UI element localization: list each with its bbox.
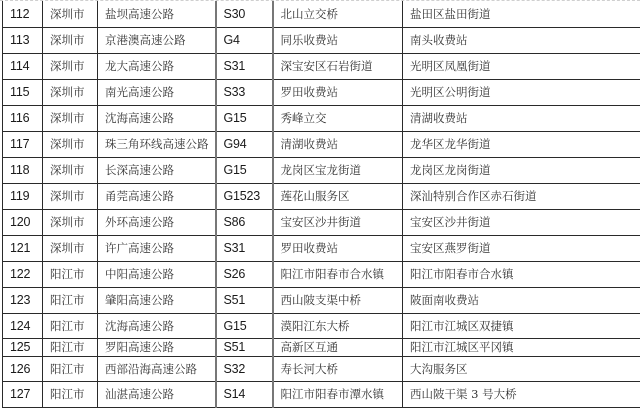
start-point-cell: 阳江市阳春市合水镇 xyxy=(273,261,403,287)
table-row: 122 阳江市 中阳高速公路 S26 阳江市阳春市合水镇 阳江市阳春市合水镇 xyxy=(3,261,640,287)
start-point-cell: 高新区互通 xyxy=(273,338,403,356)
start-point-cell: 莲花山服务区 xyxy=(273,183,403,209)
row-number: 121 xyxy=(3,235,43,261)
city-cell: 阳江市 xyxy=(43,338,98,356)
road-code-cell: S33 xyxy=(216,79,273,105)
city-cell: 深圳市 xyxy=(43,53,98,79)
road-name-cell: 沈海高速公路 xyxy=(98,313,216,338)
row-number: 125 xyxy=(3,338,43,356)
table-row: 116 深圳市 沈海高速公路 G15 秀峰立交 清湖收费站 xyxy=(3,105,640,131)
road-code-cell: S26 xyxy=(216,261,273,287)
table-row: 113 深圳市 京港澳高速公路 G4 同乐收费站 南头收费站 xyxy=(3,27,640,53)
table-row: 125 阳江市 罗阳高速公路 S51 高新区互通 阳江市江城区平冈镇 xyxy=(3,338,640,356)
city-cell: 阳江市 xyxy=(43,356,98,381)
row-number: 123 xyxy=(3,287,43,313)
table-row: 114 深圳市 龙大高速公路 S31 深宝安区石岩街道 光明区凤凰街道 xyxy=(3,53,640,79)
table-row: 112 深圳市 盐坝高速公路 S30 北山立交桥 盐田区盐田街道 xyxy=(3,1,640,27)
road-name-cell: 龙大高速公路 xyxy=(98,53,216,79)
row-number: 122 xyxy=(3,261,43,287)
row-number: 113 xyxy=(3,27,43,53)
end-point-cell: 宝安区沙井街道 xyxy=(403,209,640,235)
end-point-cell: 光明区公明街道 xyxy=(403,79,640,105)
table-row: 115 深圳市 南光高速公路 S33 罗田收费站 光明区公明街道 xyxy=(3,79,640,105)
road-code-cell: S14 xyxy=(216,381,273,407)
road-code-cell: S31 xyxy=(216,235,273,261)
start-point-cell: 同乐收费站 xyxy=(273,27,403,53)
end-point-cell: 清湖收费站 xyxy=(403,105,640,131)
row-number: 116 xyxy=(3,105,43,131)
table-row: 121 深圳市 许广高速公路 S31 罗田收费站 宝安区燕罗街道 xyxy=(3,235,640,261)
city-cell: 深圳市 xyxy=(43,235,98,261)
city-cell: 深圳市 xyxy=(43,131,98,157)
road-name-cell: 珠三角环线高速公路 xyxy=(98,131,216,157)
row-number: 115 xyxy=(3,79,43,105)
end-point-cell: 龙岗区龙岗街道 xyxy=(403,157,640,183)
start-point-cell: 阳江市阳春市潭水镇 xyxy=(273,381,403,407)
end-point-cell: 龙华区龙华街道 xyxy=(403,131,640,157)
road-code-cell: G4 xyxy=(216,27,273,53)
end-point-cell: 盐田区盐田街道 xyxy=(403,1,640,27)
end-point-cell: 宝安区燕罗街道 xyxy=(403,235,640,261)
city-cell: 深圳市 xyxy=(43,27,98,53)
road-code-cell: S31 xyxy=(216,53,273,79)
row-number: 119 xyxy=(3,183,43,209)
city-cell: 深圳市 xyxy=(43,183,98,209)
end-point-cell: 陂面南收费站 xyxy=(403,287,640,313)
city-cell: 阳江市 xyxy=(43,287,98,313)
city-cell: 阳江市 xyxy=(43,261,98,287)
road-code-cell: G1523 xyxy=(216,183,273,209)
table-row: 123 阳江市 肇阳高速公路 S51 西山陂支渠中桥 陂面南收费站 xyxy=(3,287,640,313)
table-row: 126 阳江市 西部沿海高速公路 S32 寿长河大桥 大沟服务区 xyxy=(3,356,640,381)
table-row: 127 阳江市 汕湛高速公路 S14 阳江市阳春市潭水镇 西山陂干渠 3 号大桥 xyxy=(3,381,640,407)
table-row: 119 深圳市 甬莞高速公路 G1523 莲花山服务区 深汕特别合作区赤石街道 xyxy=(3,183,640,209)
table-row: 120 深圳市 外环高速公路 S86 宝安区沙井街道 宝安区沙井街道 xyxy=(3,209,640,235)
end-point-cell: 光明区凤凰街道 xyxy=(403,53,640,79)
row-number: 114 xyxy=(3,53,43,79)
road-name-cell: 罗阳高速公路 xyxy=(98,338,216,356)
road-name-cell: 南光高速公路 xyxy=(98,79,216,105)
start-point-cell: 北山立交桥 xyxy=(273,1,403,27)
start-point-cell: 秀峰立交 xyxy=(273,105,403,131)
table-row: 117 深圳市 珠三角环线高速公路 G94 清湖收费站 龙华区龙华街道 xyxy=(3,131,640,157)
road-name-cell: 京港澳高速公路 xyxy=(98,27,216,53)
road-code-cell: S30 xyxy=(216,1,273,27)
road-code-cell: S51 xyxy=(216,287,273,313)
city-cell: 深圳市 xyxy=(43,105,98,131)
road-code-cell: G15 xyxy=(216,157,273,183)
end-point-cell: 阳江市江城区双捷镇 xyxy=(403,313,640,338)
start-point-cell: 罗田收费站 xyxy=(273,235,403,261)
start-point-cell: 罗田收费站 xyxy=(273,79,403,105)
row-number: 112 xyxy=(3,1,43,27)
start-point-cell: 寿长河大桥 xyxy=(273,356,403,381)
road-name-cell: 甬莞高速公路 xyxy=(98,183,216,209)
road-name-cell: 沈海高速公路 xyxy=(98,105,216,131)
road-name-cell: 肇阳高速公路 xyxy=(98,287,216,313)
road-code-cell: G94 xyxy=(216,131,273,157)
road-code-cell: G15 xyxy=(216,105,273,131)
city-cell: 阳江市 xyxy=(43,313,98,338)
start-point-cell: 龙岗区宝龙街道 xyxy=(273,157,403,183)
road-name-cell: 西部沿海高速公路 xyxy=(98,356,216,381)
row-number: 127 xyxy=(3,381,43,407)
row-number: 117 xyxy=(3,131,43,157)
end-point-cell: 大沟服务区 xyxy=(403,356,640,381)
row-number: 124 xyxy=(3,313,43,338)
road-name-cell: 中阳高速公路 xyxy=(98,261,216,287)
road-code-cell: G15 xyxy=(216,313,273,338)
start-point-cell: 漠阳江东大桥 xyxy=(273,313,403,338)
end-point-cell: 南头收费站 xyxy=(403,27,640,53)
road-code-cell: S51 xyxy=(216,338,273,356)
end-point-cell: 阳江市江城区平冈镇 xyxy=(403,338,640,356)
city-cell: 深圳市 xyxy=(43,157,98,183)
end-point-cell: 深汕特别合作区赤石街道 xyxy=(403,183,640,209)
start-point-cell: 西山陂支渠中桥 xyxy=(273,287,403,313)
road-code-cell: S86 xyxy=(216,209,273,235)
city-cell: 阳江市 xyxy=(43,381,98,407)
road-code-cell: S32 xyxy=(216,356,273,381)
start-point-cell: 清湖收费站 xyxy=(273,131,403,157)
city-cell: 深圳市 xyxy=(43,209,98,235)
table-row: 118 深圳市 长深高速公路 G15 龙岗区宝龙街道 龙岗区龙岗街道 xyxy=(3,157,640,183)
end-point-cell: 西山陂干渠 3 号大桥 xyxy=(403,381,640,407)
table-row: 124 阳江市 沈海高速公路 G15 漠阳江东大桥 阳江市江城区双捷镇 xyxy=(3,313,640,338)
road-name-cell: 盐坝高速公路 xyxy=(98,1,216,27)
end-point-cell: 阳江市阳春市合水镇 xyxy=(403,261,640,287)
city-cell: 深圳市 xyxy=(43,79,98,105)
row-number: 120 xyxy=(3,209,43,235)
start-point-cell: 深宝安区石岩街道 xyxy=(273,53,403,79)
row-number: 126 xyxy=(3,356,43,381)
highway-location-table: 112 深圳市 盐坝高速公路 S30 北山立交桥 盐田区盐田街道 113 深圳市… xyxy=(2,1,640,408)
road-name-cell: 外环高速公路 xyxy=(98,209,216,235)
row-number: 118 xyxy=(3,157,43,183)
road-name-cell: 长深高速公路 xyxy=(98,157,216,183)
city-cell: 深圳市 xyxy=(43,1,98,27)
road-name-cell: 汕湛高速公路 xyxy=(98,381,216,407)
start-point-cell: 宝安区沙井街道 xyxy=(273,209,403,235)
road-name-cell: 许广高速公路 xyxy=(98,235,216,261)
